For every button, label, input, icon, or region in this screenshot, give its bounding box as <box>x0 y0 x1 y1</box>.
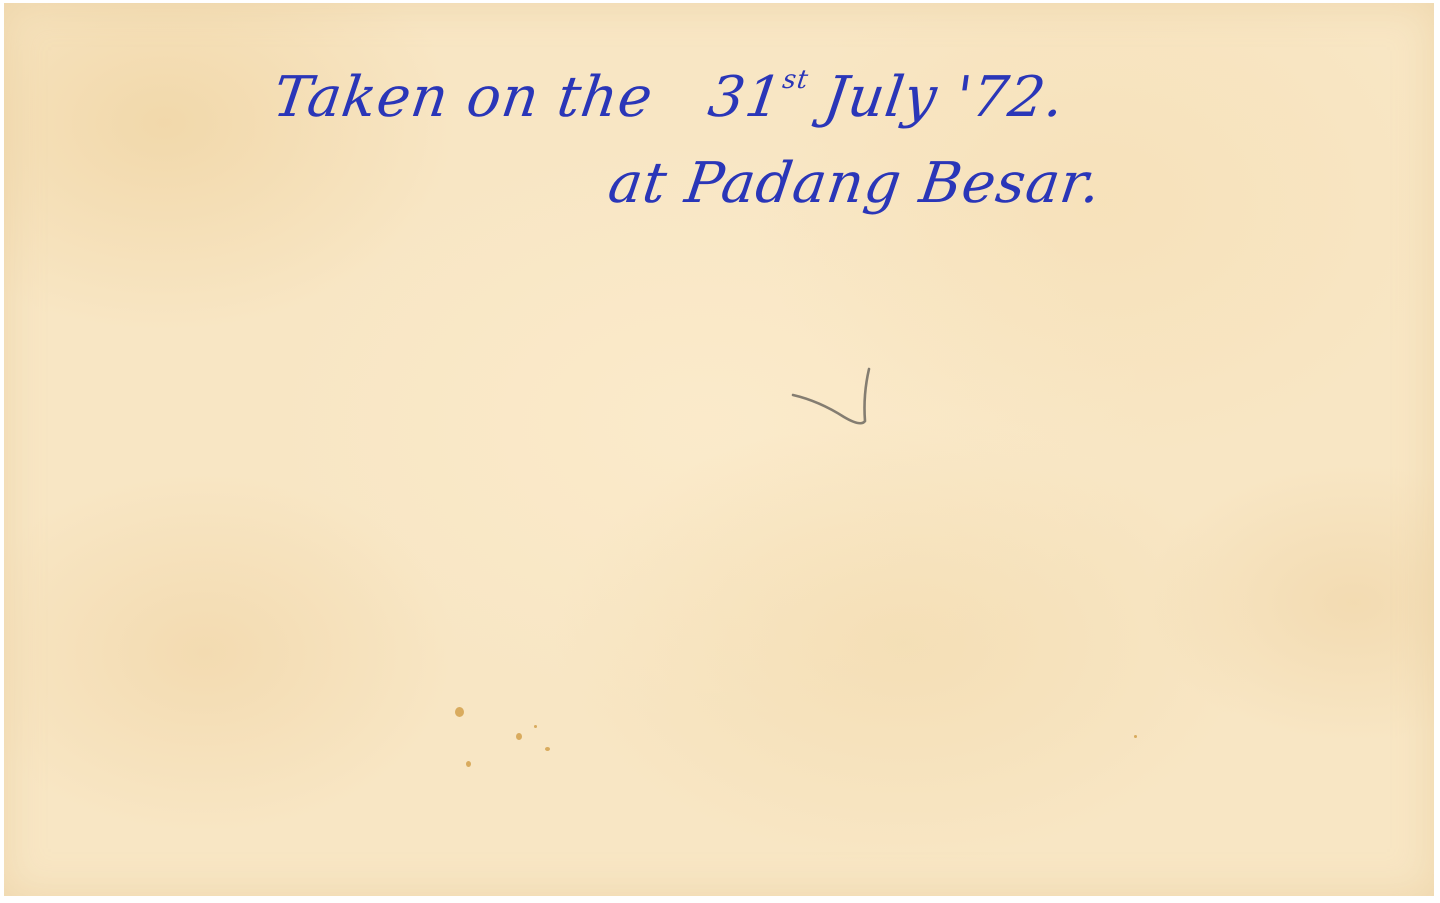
foxing-spot <box>1134 735 1137 738</box>
foxing-spot <box>516 733 522 740</box>
inscription-day: 31 <box>704 65 786 130</box>
photo-back-card: Taken on the 31st July '72. at Padang Be… <box>4 3 1434 896</box>
inscription-line-2: at Padang Besar. <box>604 151 1105 216</box>
inscription-line-1: Taken on the 31st July '72. <box>269 65 1068 130</box>
inscription-day-suffix: st <box>781 65 811 95</box>
foxing-spot <box>534 725 537 728</box>
foxing-spot <box>455 707 464 717</box>
pencil-tick-icon <box>789 365 879 435</box>
inscription-month-year: July '72. <box>820 65 1068 130</box>
foxing-spot <box>466 761 471 767</box>
foxing-spot <box>545 747 550 751</box>
inscription-taken-on-the: Taken on the <box>269 65 657 130</box>
